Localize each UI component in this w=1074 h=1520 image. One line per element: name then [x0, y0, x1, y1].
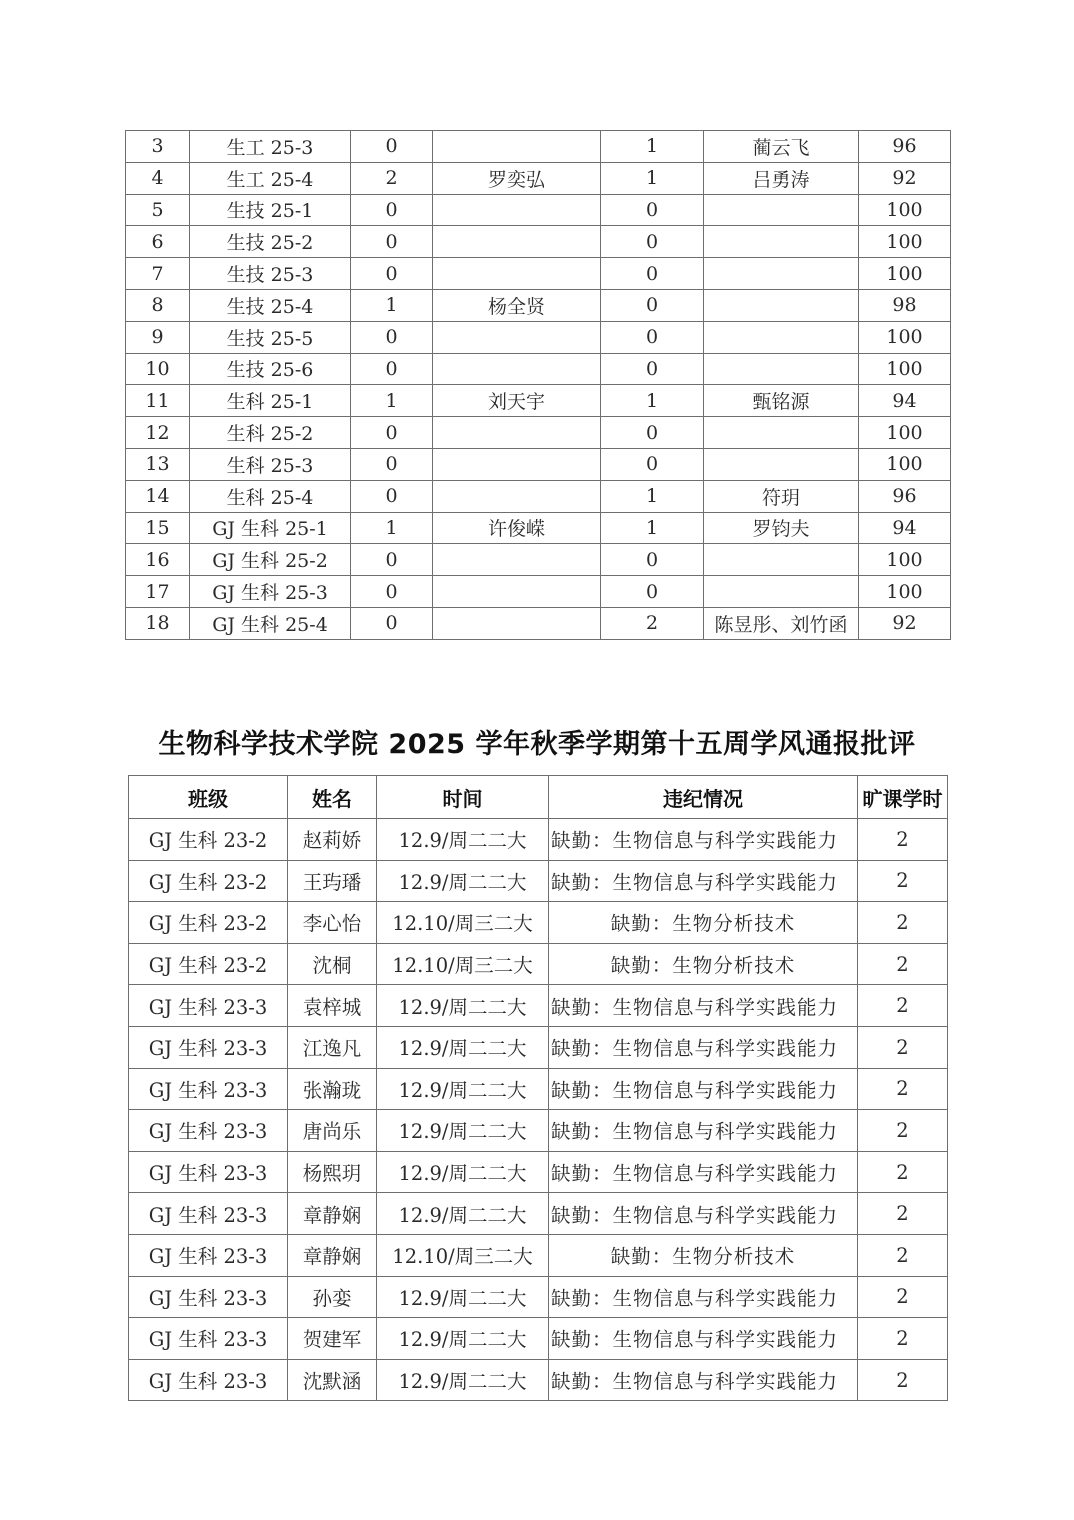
cell-row-number: 4 [126, 162, 190, 194]
cell-row-number: 3 [126, 131, 190, 163]
cell-names-a: 刘天宇 [433, 385, 601, 417]
cell-class-name: 生技 25-6 [190, 353, 351, 385]
cell-names-a [433, 480, 601, 512]
table-row: 13生科 25-300100 [126, 448, 951, 480]
cell-score: 96 [859, 480, 951, 512]
cell-score: 100 [859, 417, 951, 449]
table-row: GJ 生科 23-3袁梓城12.9/周二二大缺勤：生物信息与科学实践能力2 [129, 985, 948, 1027]
attendance-table-body: 3生工 25-301蔺云飞964生工 25-42罗奕弘1吕勇涛925生技 25-… [126, 131, 951, 640]
cell-violation: 缺勤：生物信息与科学实践能力 [549, 1276, 858, 1318]
cell-names-a [433, 321, 601, 353]
cell-student-name: 张瀚珑 [288, 1068, 377, 1110]
cell-absent-hours: 2 [858, 1026, 948, 1068]
cell-score: 100 [859, 258, 951, 290]
cell-absent-hours: 2 [858, 1151, 948, 1193]
cell-names-a [433, 607, 601, 639]
cell-class-name: GJ 生科 23-3 [129, 1318, 288, 1360]
cell-count-a: 0 [351, 480, 433, 512]
cell-student-name: 贺建军 [288, 1318, 377, 1360]
cell-class-name: GJ 生科 23-3 [129, 1359, 288, 1401]
cell-count-a: 0 [351, 417, 433, 449]
cell-class-name: GJ 生科 23-3 [129, 1110, 288, 1152]
cell-score: 98 [859, 289, 951, 321]
cell-student-name: 赵莉娇 [288, 819, 377, 861]
table-row: 15GJ 生科 25-11许俊嵘1罗钧夫94 [126, 512, 951, 544]
cell-row-number: 14 [126, 480, 190, 512]
critique-table-header-row: 班级 姓名 时间 违纪情况 旷课学时 [129, 776, 948, 819]
cell-count-a: 1 [351, 385, 433, 417]
cell-absent-hours: 2 [858, 1234, 948, 1276]
cell-names-a [433, 544, 601, 576]
cell-time: 12.10/周三二大 [377, 943, 549, 985]
cell-absent-hours: 2 [858, 1068, 948, 1110]
cell-count-b: 0 [601, 289, 704, 321]
table-row: GJ 生科 23-3孙娈12.9/周二二大缺勤：生物信息与科学实践能力2 [129, 1276, 948, 1318]
table-row: 11生科 25-11刘天宇1甄铭源94 [126, 385, 951, 417]
cell-row-number: 17 [126, 576, 190, 608]
cell-row-number: 18 [126, 607, 190, 639]
table-row: GJ 生科 23-3张瀚珑12.9/周二二大缺勤：生物信息与科学实践能力2 [129, 1068, 948, 1110]
table-row: 16GJ 生科 25-200100 [126, 544, 951, 576]
cell-names-a: 罗奕弘 [433, 162, 601, 194]
cell-absent-hours: 2 [858, 1276, 948, 1318]
report-title: 生物科学技术学院 2025 学年秋季学期第十五周学风通报批评 [0, 722, 1074, 761]
cell-student-name: 沈默涵 [288, 1359, 377, 1401]
table-row: 18GJ 生科 25-402陈昱彤、刘竹函92 [126, 607, 951, 639]
cell-class-name: GJ 生科 23-3 [129, 985, 288, 1027]
cell-class-name: 生科 25-2 [190, 417, 351, 449]
cell-student-name: 王玙璠 [288, 860, 377, 902]
cell-row-number: 10 [126, 353, 190, 385]
cell-row-number: 11 [126, 385, 190, 417]
table-row: 9生技 25-500100 [126, 321, 951, 353]
cell-names-b: 陈昱彤、刘竹函 [704, 607, 859, 639]
cell-count-a: 1 [351, 289, 433, 321]
cell-violation: 缺勤：生物分析技术 [549, 902, 858, 944]
cell-names-b [704, 544, 859, 576]
cell-names-b [704, 258, 859, 290]
cell-time: 12.9/周二二大 [377, 1318, 549, 1360]
table-row: 3生工 25-301蔺云飞96 [126, 131, 951, 163]
cell-class-name: 生技 25-5 [190, 321, 351, 353]
header-time: 时间 [377, 776, 549, 819]
cell-score: 100 [859, 321, 951, 353]
cell-count-a: 0 [351, 448, 433, 480]
table-row: GJ 生科 23-3江逸凡12.9/周二二大缺勤：生物信息与科学实践能力2 [129, 1026, 948, 1068]
cell-count-a: 0 [351, 353, 433, 385]
table-row: 6生技 25-200100 [126, 226, 951, 258]
table-row: GJ 生科 23-2王玙璠12.9/周二二大缺勤：生物信息与科学实践能力2 [129, 860, 948, 902]
table-row: 8生技 25-41杨全贤098 [126, 289, 951, 321]
cell-absent-hours: 2 [858, 1359, 948, 1401]
cell-class-name: GJ 生科 23-2 [129, 860, 288, 902]
cell-violation: 缺勤：生物信息与科学实践能力 [549, 860, 858, 902]
table-row: GJ 生科 23-3沈默涵12.9/周二二大缺勤：生物信息与科学实践能力2 [129, 1359, 948, 1401]
table-row: GJ 生科 23-2沈桐12.10/周三二大缺勤：生物分析技术2 [129, 943, 948, 985]
cell-names-b [704, 321, 859, 353]
cell-names-a [433, 417, 601, 449]
cell-names-a [433, 226, 601, 258]
cell-score: 100 [859, 576, 951, 608]
table-row: GJ 生科 23-2赵莉娇12.9/周二二大缺勤：生物信息与科学实践能力2 [129, 819, 948, 861]
cell-count-b: 2 [601, 607, 704, 639]
cell-names-b [704, 417, 859, 449]
cell-count-b: 0 [601, 448, 704, 480]
cell-names-a [433, 576, 601, 608]
cell-time: 12.9/周二二大 [377, 860, 549, 902]
cell-class-name: GJ 生科 23-3 [129, 1276, 288, 1318]
cell-names-b [704, 353, 859, 385]
cell-count-a: 0 [351, 607, 433, 639]
cell-violation: 缺勤：生物信息与科学实践能力 [549, 1110, 858, 1152]
table-row: GJ 生科 23-3杨熙玥12.9/周二二大缺勤：生物信息与科学实践能力2 [129, 1151, 948, 1193]
cell-absent-hours: 2 [858, 1193, 948, 1235]
cell-violation: 缺勤：生物分析技术 [549, 1234, 858, 1276]
cell-student-name: 孙娈 [288, 1276, 377, 1318]
cell-names-b: 吕勇涛 [704, 162, 859, 194]
cell-count-a: 0 [351, 258, 433, 290]
cell-count-b: 0 [601, 194, 704, 226]
cell-student-name: 沈桐 [288, 943, 377, 985]
cell-violation: 缺勤：生物信息与科学实践能力 [549, 1026, 858, 1068]
cell-count-b: 0 [601, 417, 704, 449]
cell-violation: 缺勤：生物信息与科学实践能力 [549, 1318, 858, 1360]
cell-class-name: GJ 生科 23-3 [129, 1151, 288, 1193]
cell-time: 12.9/周二二大 [377, 1151, 549, 1193]
cell-time: 12.9/周二二大 [377, 1359, 549, 1401]
cell-time: 12.9/周二二大 [377, 1276, 549, 1318]
cell-score: 92 [859, 607, 951, 639]
cell-violation: 缺勤：生物信息与科学实践能力 [549, 1068, 858, 1110]
cell-class-name: GJ 生科 25-2 [190, 544, 351, 576]
cell-student-name: 江逸凡 [288, 1026, 377, 1068]
cell-names-b [704, 289, 859, 321]
cell-count-b: 0 [601, 258, 704, 290]
cell-student-name: 章静娴 [288, 1234, 377, 1276]
header-absent-hours: 旷课学时 [858, 776, 948, 819]
cell-names-b [704, 448, 859, 480]
cell-names-a [433, 258, 601, 290]
cell-class-name: GJ 生科 23-2 [129, 902, 288, 944]
cell-class-name: GJ 生科 23-2 [129, 819, 288, 861]
cell-class-name: GJ 生科 23-3 [129, 1068, 288, 1110]
cell-row-number: 16 [126, 544, 190, 576]
cell-class-name: 生技 25-1 [190, 194, 351, 226]
cell-class-name: 生科 25-1 [190, 385, 351, 417]
cell-score: 96 [859, 131, 951, 163]
cell-score: 100 [859, 544, 951, 576]
table-row: GJ 生科 23-3唐尚乐12.9/周二二大缺勤：生物信息与科学实践能力2 [129, 1110, 948, 1152]
cell-time: 12.10/周三二大 [377, 902, 549, 944]
cell-violation: 缺勤：生物信息与科学实践能力 [549, 1193, 858, 1235]
critique-table: 班级 姓名 时间 违纪情况 旷课学时 GJ 生科 23-2赵莉娇12.9/周二二… [128, 775, 948, 1401]
cell-violation: 缺勤：生物信息与科学实践能力 [549, 1151, 858, 1193]
cell-class-name: GJ 生科 23-2 [129, 943, 288, 985]
cell-absent-hours: 2 [858, 1318, 948, 1360]
cell-score: 100 [859, 226, 951, 258]
cell-names-b: 罗钧夫 [704, 512, 859, 544]
cell-student-name: 袁梓城 [288, 985, 377, 1027]
critique-table-body: GJ 生科 23-2赵莉娇12.9/周二二大缺勤：生物信息与科学实践能力2GJ … [129, 819, 948, 1401]
cell-row-number: 7 [126, 258, 190, 290]
cell-names-b: 符玥 [704, 480, 859, 512]
cell-student-name: 唐尚乐 [288, 1110, 377, 1152]
cell-count-a: 0 [351, 544, 433, 576]
cell-count-b: 1 [601, 512, 704, 544]
cell-student-name: 杨熙玥 [288, 1151, 377, 1193]
cell-names-a: 许俊嵘 [433, 512, 601, 544]
cell-absent-hours: 2 [858, 860, 948, 902]
cell-absent-hours: 2 [858, 985, 948, 1027]
cell-count-a: 0 [351, 321, 433, 353]
cell-names-b: 蔺云飞 [704, 131, 859, 163]
cell-count-b: 0 [601, 353, 704, 385]
cell-count-a: 2 [351, 162, 433, 194]
cell-class-name: GJ 生科 25-3 [190, 576, 351, 608]
cell-class-name: 生技 25-4 [190, 289, 351, 321]
cell-student-name: 李心怡 [288, 902, 377, 944]
attendance-score-table: 3生工 25-301蔺云飞964生工 25-42罗奕弘1吕勇涛925生技 25-… [125, 130, 951, 640]
cell-class-name: 生工 25-3 [190, 131, 351, 163]
cell-violation: 缺勤：生物信息与科学实践能力 [549, 985, 858, 1027]
cell-absent-hours: 2 [858, 1110, 948, 1152]
cell-score: 100 [859, 194, 951, 226]
cell-class-name: 生技 25-3 [190, 258, 351, 290]
cell-class-name: 生技 25-2 [190, 226, 351, 258]
cell-score: 94 [859, 512, 951, 544]
cell-names-a [433, 353, 601, 385]
cell-violation: 缺勤：生物分析技术 [549, 943, 858, 985]
table-row: GJ 生科 23-3章静娴12.10/周三二大缺勤：生物分析技术2 [129, 1234, 948, 1276]
cell-row-number: 9 [126, 321, 190, 353]
table-row: GJ 生科 23-3章静娴12.9/周二二大缺勤：生物信息与科学实践能力2 [129, 1193, 948, 1235]
cell-row-number: 5 [126, 194, 190, 226]
cell-count-a: 0 [351, 576, 433, 608]
cell-class-name: GJ 生科 25-4 [190, 607, 351, 639]
table-row: 4生工 25-42罗奕弘1吕勇涛92 [126, 162, 951, 194]
cell-violation: 缺勤：生物信息与科学实践能力 [549, 819, 858, 861]
cell-count-b: 1 [601, 131, 704, 163]
cell-count-b: 1 [601, 385, 704, 417]
cell-class-name: 生科 25-3 [190, 448, 351, 480]
cell-names-b [704, 194, 859, 226]
cell-count-b: 1 [601, 480, 704, 512]
cell-time: 12.10/周三二大 [377, 1234, 549, 1276]
cell-class-name: GJ 生科 25-1 [190, 512, 351, 544]
table-row: GJ 生科 23-3贺建军12.9/周二二大缺勤：生物信息与科学实践能力2 [129, 1318, 948, 1360]
cell-score: 100 [859, 448, 951, 480]
cell-class-name: GJ 生科 23-3 [129, 1193, 288, 1235]
cell-row-number: 6 [126, 226, 190, 258]
cell-violation: 缺勤：生物信息与科学实践能力 [549, 1359, 858, 1401]
cell-time: 12.9/周二二大 [377, 819, 549, 861]
table-row: 14生科 25-401符玥96 [126, 480, 951, 512]
cell-absent-hours: 2 [858, 943, 948, 985]
cell-score: 94 [859, 385, 951, 417]
cell-row-number: 8 [126, 289, 190, 321]
cell-count-b: 0 [601, 321, 704, 353]
cell-time: 12.9/周二二大 [377, 1068, 549, 1110]
cell-count-b: 0 [601, 544, 704, 576]
cell-score: 100 [859, 353, 951, 385]
cell-time: 12.9/周二二大 [377, 1026, 549, 1068]
cell-row-number: 13 [126, 448, 190, 480]
cell-names-b: 甄铭源 [704, 385, 859, 417]
cell-class-name: 生工 25-4 [190, 162, 351, 194]
cell-row-number: 12 [126, 417, 190, 449]
cell-count-a: 0 [351, 194, 433, 226]
cell-names-a [433, 131, 601, 163]
cell-class-name: GJ 生科 23-3 [129, 1234, 288, 1276]
cell-class-name: 生科 25-4 [190, 480, 351, 512]
cell-score: 92 [859, 162, 951, 194]
header-name: 姓名 [288, 776, 377, 819]
cell-count-b: 1 [601, 162, 704, 194]
table-row: 5生技 25-100100 [126, 194, 951, 226]
header-class: 班级 [129, 776, 288, 819]
cell-count-b: 0 [601, 576, 704, 608]
table-row: 10生技 25-600100 [126, 353, 951, 385]
cell-time: 12.9/周二二大 [377, 985, 549, 1027]
table-row: 12生科 25-200100 [126, 417, 951, 449]
table-row: 17GJ 生科 25-300100 [126, 576, 951, 608]
cell-time: 12.9/周二二大 [377, 1193, 549, 1235]
table-row: GJ 生科 23-2李心怡12.10/周三二大缺勤：生物分析技术2 [129, 902, 948, 944]
cell-count-a: 0 [351, 131, 433, 163]
cell-count-b: 0 [601, 226, 704, 258]
cell-time: 12.9/周二二大 [377, 1110, 549, 1152]
cell-student-name: 章静娴 [288, 1193, 377, 1235]
cell-names-a: 杨全贤 [433, 289, 601, 321]
cell-names-a [433, 194, 601, 226]
cell-absent-hours: 2 [858, 902, 948, 944]
header-violation: 违纪情况 [549, 776, 858, 819]
cell-names-a [433, 448, 601, 480]
cell-count-a: 0 [351, 226, 433, 258]
cell-names-b [704, 576, 859, 608]
cell-names-b [704, 226, 859, 258]
cell-class-name: GJ 生科 23-3 [129, 1026, 288, 1068]
cell-count-a: 1 [351, 512, 433, 544]
table-row: 7生技 25-300100 [126, 258, 951, 290]
cell-row-number: 15 [126, 512, 190, 544]
cell-absent-hours: 2 [858, 819, 948, 861]
